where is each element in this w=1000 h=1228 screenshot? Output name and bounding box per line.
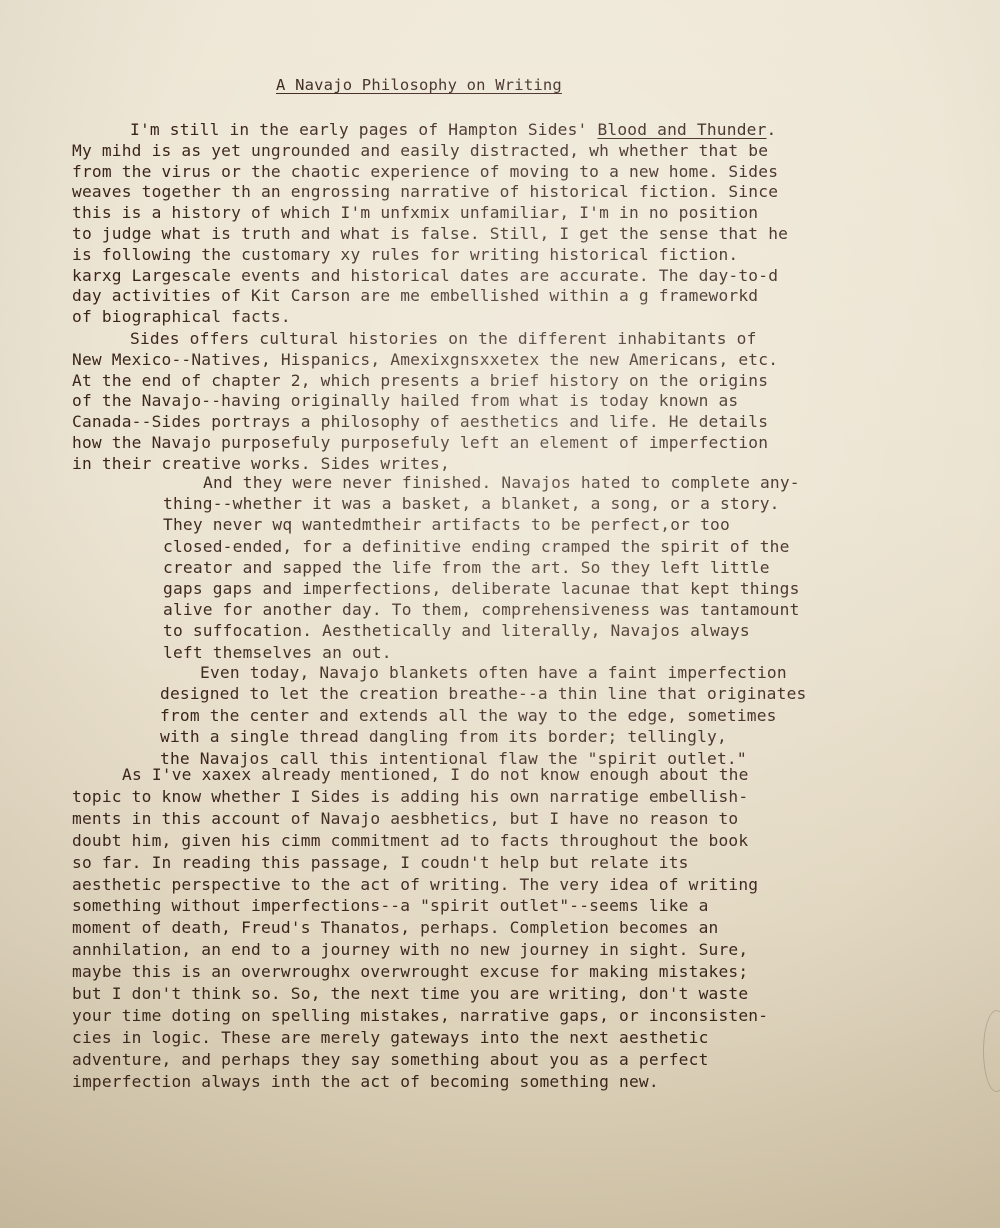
text-line: day activities of Kit Carson are me embe… bbox=[72, 286, 758, 306]
line-text: cies in logic. These are merely gateways… bbox=[72, 1028, 709, 1047]
line-text: from the virus or the chaotic experience… bbox=[72, 162, 778, 181]
text-line: Sides offers cultural histories on the d… bbox=[130, 329, 757, 349]
text-line: doubt him, given his cimm commitment ad … bbox=[72, 831, 748, 851]
text-line: designed to let the creation breathe--a … bbox=[160, 684, 806, 704]
typewritten-page: A Navajo Philosophy on Writing I'm still… bbox=[0, 0, 1000, 1228]
text-line: thing--whether it was a basket, a blanke… bbox=[163, 494, 780, 514]
margin-pencil-mark bbox=[983, 1010, 1000, 1092]
document-title: A Navajo Philosophy on Writing bbox=[276, 76, 562, 94]
text-line: left themselves an out. bbox=[163, 643, 392, 663]
line-text: Even today, Navajo blankets often have a… bbox=[200, 663, 787, 682]
line-text: doubt him, given his cimm commitment ad … bbox=[72, 831, 748, 850]
line-text: topic to know whether I Sides is adding … bbox=[72, 787, 748, 806]
line-text: left themselves an out. bbox=[163, 643, 392, 662]
line-text: At the end of chapter 2, which presents … bbox=[72, 371, 768, 390]
line-text: this is a history of which I'm unfxmix u… bbox=[72, 203, 758, 222]
line-text: designed to let the creation breathe--a … bbox=[160, 684, 806, 703]
text-line: karxg Largescale events and historical d… bbox=[72, 266, 778, 286]
text-line: with a single thread dangling from its b… bbox=[160, 727, 727, 747]
text-line: Even today, Navajo blankets often have a… bbox=[200, 663, 787, 683]
line-text: moment of death, Freud's Thanatos, perha… bbox=[72, 918, 718, 937]
line-text: with a single thread dangling from its b… bbox=[160, 727, 727, 746]
text-line: cies in logic. These are merely gateways… bbox=[72, 1028, 709, 1048]
line-text: your time doting on spelling mistakes, n… bbox=[72, 1006, 768, 1025]
text-line: so far. In reading this passage, I coudn… bbox=[72, 853, 689, 873]
book-title: Blood and Thunder bbox=[597, 120, 766, 139]
line-text: annhilation, an end to a journey with no… bbox=[72, 940, 748, 959]
line-text-tail: . bbox=[767, 120, 777, 139]
line-text: from the center and extends all the way … bbox=[160, 706, 777, 725]
line-text: to suffocation. Aesthetically and litera… bbox=[163, 621, 750, 640]
text-line: imperfection always inth the act of beco… bbox=[72, 1072, 659, 1092]
line-text: in their creative works. Sides writes, bbox=[72, 454, 450, 473]
line-text: gaps gaps and imperfections, deliberate … bbox=[163, 579, 800, 598]
text-line: annhilation, an end to a journey with no… bbox=[72, 940, 748, 960]
text-line: is following the customary xy rules for … bbox=[72, 245, 738, 265]
line-text: New Mexico--Natives, Hispanics, Amexixgn… bbox=[72, 350, 778, 369]
line-text: They never wq wantedmtheir artifacts to … bbox=[163, 515, 730, 534]
text-line: At the end of chapter 2, which presents … bbox=[72, 371, 768, 391]
text-line: They never wq wantedmtheir artifacts to … bbox=[163, 515, 730, 535]
line-text: I'm still in the early pages of Hampton … bbox=[130, 120, 597, 139]
line-text: day activities of Kit Carson are me embe… bbox=[72, 286, 758, 305]
line-text: closed-ended, for a definitive ending cr… bbox=[163, 537, 790, 556]
text-line: of biographical facts. bbox=[72, 307, 291, 327]
text-line: from the center and extends all the way … bbox=[160, 706, 777, 726]
text-line: gaps gaps and imperfections, deliberate … bbox=[163, 579, 800, 599]
line-text: As I've xaxex already mentioned, I do no… bbox=[122, 765, 749, 784]
text-line: creator and sapped the life from the art… bbox=[163, 558, 770, 578]
text-line: from the virus or the chaotic experience… bbox=[72, 162, 778, 182]
line-text: how the Navajo purposefuly purposefuly l… bbox=[72, 433, 768, 452]
line-text: weaves together th an engrossing narrati… bbox=[72, 182, 778, 201]
line-text: to judge what is truth and what is false… bbox=[72, 224, 788, 243]
text-line: how the Navajo purposefuly purposefuly l… bbox=[72, 433, 768, 453]
text-line: of the Navajo--having originally hailed … bbox=[72, 391, 738, 411]
text-line: adventure, and perhaps they say somethin… bbox=[72, 1050, 709, 1070]
text-line: moment of death, Freud's Thanatos, perha… bbox=[72, 918, 718, 938]
line-text: of the Navajo--having originally hailed … bbox=[72, 391, 738, 410]
text-line: your time doting on spelling mistakes, n… bbox=[72, 1006, 768, 1026]
text-line: weaves together th an engrossing narrati… bbox=[72, 182, 778, 202]
line-text: My mihd is as yet ungrounded and easily … bbox=[72, 141, 768, 160]
line-text: aesthetic perspective to the act of writ… bbox=[72, 875, 758, 894]
text-line: to judge what is truth and what is false… bbox=[72, 224, 788, 244]
line-text: And they were never finished. Navajos ha… bbox=[203, 473, 800, 492]
line-text: of biographical facts. bbox=[72, 307, 291, 326]
line-text: something without imperfections--a "spir… bbox=[72, 896, 709, 915]
line-text: but I don't think so. So, the next time … bbox=[72, 984, 748, 1003]
text-line: New Mexico--Natives, Hispanics, Amexixgn… bbox=[72, 350, 778, 370]
text-line: maybe this is an overwroughx overwrought… bbox=[72, 962, 748, 982]
line-text: thing--whether it was a basket, a blanke… bbox=[163, 494, 780, 513]
line-text: so far. In reading this passage, I coudn… bbox=[72, 853, 689, 872]
text-line: to suffocation. Aesthetically and litera… bbox=[163, 621, 750, 641]
line-text: karxg Largescale events and historical d… bbox=[72, 266, 778, 285]
text-line: topic to know whether I Sides is adding … bbox=[72, 787, 748, 807]
line-text: is following the customary xy rules for … bbox=[72, 245, 738, 264]
line-text: Sides offers cultural histories on the d… bbox=[130, 329, 757, 348]
text-line: And they were never finished. Navajos ha… bbox=[203, 473, 800, 493]
text-line: I'm still in the early pages of Hampton … bbox=[130, 120, 776, 140]
line-text: creator and sapped the life from the art… bbox=[163, 558, 770, 577]
text-line: but I don't think so. So, the next time … bbox=[72, 984, 748, 1004]
text-line: in their creative works. Sides writes, bbox=[72, 454, 450, 474]
line-text: adventure, and perhaps they say somethin… bbox=[72, 1050, 709, 1069]
line-text: imperfection always inth the act of beco… bbox=[72, 1072, 659, 1091]
text-line: this is a history of which I'm unfxmix u… bbox=[72, 203, 758, 223]
text-line: My mihd is as yet ungrounded and easily … bbox=[72, 141, 768, 161]
line-text: alive for another day. To them, comprehe… bbox=[163, 600, 800, 619]
text-line: Canada--Sides portrays a philosophy of a… bbox=[72, 412, 768, 432]
line-text: maybe this is an overwroughx overwrought… bbox=[72, 962, 748, 981]
text-line: As I've xaxex already mentioned, I do no… bbox=[122, 765, 749, 785]
line-text: Canada--Sides portrays a philosophy of a… bbox=[72, 412, 768, 431]
text-line: aesthetic perspective to the act of writ… bbox=[72, 875, 758, 895]
line-text: ments in this account of Navajo aesbheti… bbox=[72, 809, 738, 828]
text-line: something without imperfections--a "spir… bbox=[72, 896, 709, 916]
text-line: closed-ended, for a definitive ending cr… bbox=[163, 537, 790, 557]
text-line: ments in this account of Navajo aesbheti… bbox=[72, 809, 738, 829]
text-line: alive for another day. To them, comprehe… bbox=[163, 600, 800, 620]
